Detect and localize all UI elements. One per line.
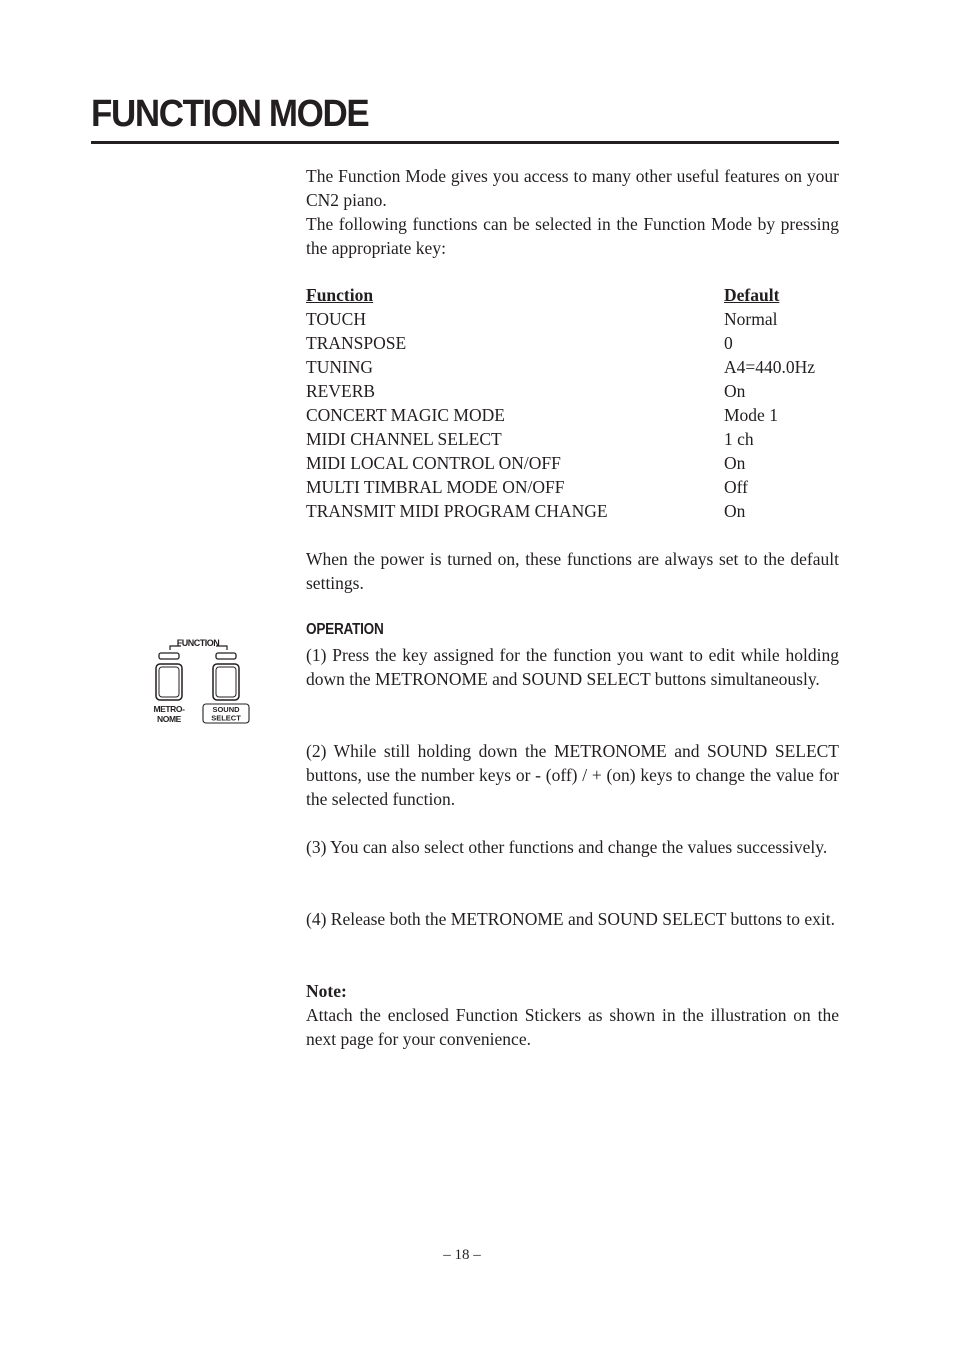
function-name: REVERB — [306, 379, 724, 403]
table-row: TRANSPOSE0 — [306, 331, 815, 355]
function-default: A4=440.0Hz — [724, 355, 815, 379]
intro-paragraph-1: The Function Mode gives you access to ma… — [306, 164, 839, 212]
function-name: TRANSPOSE — [306, 331, 724, 355]
operation-step-3-section: (3) You can also select other functions … — [306, 835, 839, 859]
function-default: Off — [724, 475, 815, 499]
sound-select-label-2: SELECT — [211, 714, 241, 723]
function-name: TRANSMIT MIDI PROGRAM CHANGE — [306, 499, 724, 523]
function-name: CONCERT MAGIC MODE — [306, 403, 724, 427]
function-name: MIDI LOCAL CONTROL ON/OFF — [306, 451, 724, 475]
table-row: MULTI TIMBRAL MODE ON/OFFOff — [306, 475, 815, 499]
function-default: Mode 1 — [724, 403, 815, 427]
metronome-label-1: METRO- — [153, 704, 185, 714]
table-row: MIDI LOCAL CONTROL ON/OFFOn — [306, 451, 815, 475]
intro-paragraph-2: The following functions can be selected … — [306, 212, 839, 260]
function-default: 1 ch — [724, 427, 815, 451]
power-note: When the power is turned on, these funct… — [306, 547, 839, 595]
table-row: MIDI CHANNEL SELECT1 ch — [306, 427, 815, 451]
note-section: Note: Attach the enclosed Function Stick… — [306, 979, 839, 1051]
header-default: Default — [724, 283, 815, 307]
page-title: FUNCTION MODE — [91, 92, 368, 136]
operation-step-4-section: (4) Release both the METRONOME and SOUND… — [306, 907, 839, 931]
page-number: – 18 – — [0, 1247, 924, 1264]
function-defaults-table: Function Default TOUCHNormal TRANSPOSE0 … — [306, 283, 815, 523]
operation-step-1-section: (1) Press the key assigned for the funct… — [306, 643, 839, 691]
metronome-button-icon — [156, 664, 182, 700]
note-text: Attach the enclosed Function Stickers as… — [306, 1003, 839, 1051]
function-default: 0 — [724, 331, 815, 355]
function-name: TUNING — [306, 355, 724, 379]
function-name: MIDI CHANNEL SELECT — [306, 427, 724, 451]
operation-step-4: (4) Release both the METRONOME and SOUND… — [306, 907, 839, 931]
table-row: TRANSMIT MIDI PROGRAM CHANGEOn — [306, 499, 815, 523]
table-row: TOUCHNormal — [306, 307, 815, 331]
operation-step-2: (2) While still holding down the METRONO… — [306, 739, 839, 811]
operation-heading: OPERATION — [306, 620, 384, 640]
metronome-label-2: NOME — [157, 714, 182, 724]
intro-section: The Function Mode gives you access to ma… — [306, 164, 839, 260]
function-group-label: FUNCTION — [177, 638, 220, 648]
table-row: REVERBOn — [306, 379, 815, 403]
function-default: On — [724, 379, 815, 403]
function-name: TOUCH — [306, 307, 724, 331]
table-row: CONCERT MAGIC MODEMode 1 — [306, 403, 815, 427]
operation-step-1: (1) Press the key assigned for the funct… — [306, 643, 839, 691]
table-header-row: Function Default — [306, 283, 815, 307]
note-label: Note: — [306, 979, 839, 1003]
function-default: On — [724, 451, 815, 475]
power-note-section: When the power is turned on, these funct… — [306, 547, 839, 595]
sound-select-button-icon — [213, 664, 239, 700]
function-buttons-illustration: FUNCTION METRO- NOME SOUND SELECT — [148, 636, 258, 728]
table-row: TUNINGA4=440.0Hz — [306, 355, 815, 379]
function-default: Normal — [724, 307, 815, 331]
function-name: MULTI TIMBRAL MODE ON/OFF — [306, 475, 724, 499]
operation-step-3: (3) You can also select other functions … — [306, 835, 839, 859]
operation-step-2-section: (2) While still holding down the METRONO… — [306, 739, 839, 811]
sound-select-led-icon — [216, 653, 236, 659]
title-rule — [91, 141, 839, 144]
function-default: On — [724, 499, 815, 523]
header-function: Function — [306, 283, 724, 307]
metronome-led-icon — [159, 653, 179, 659]
